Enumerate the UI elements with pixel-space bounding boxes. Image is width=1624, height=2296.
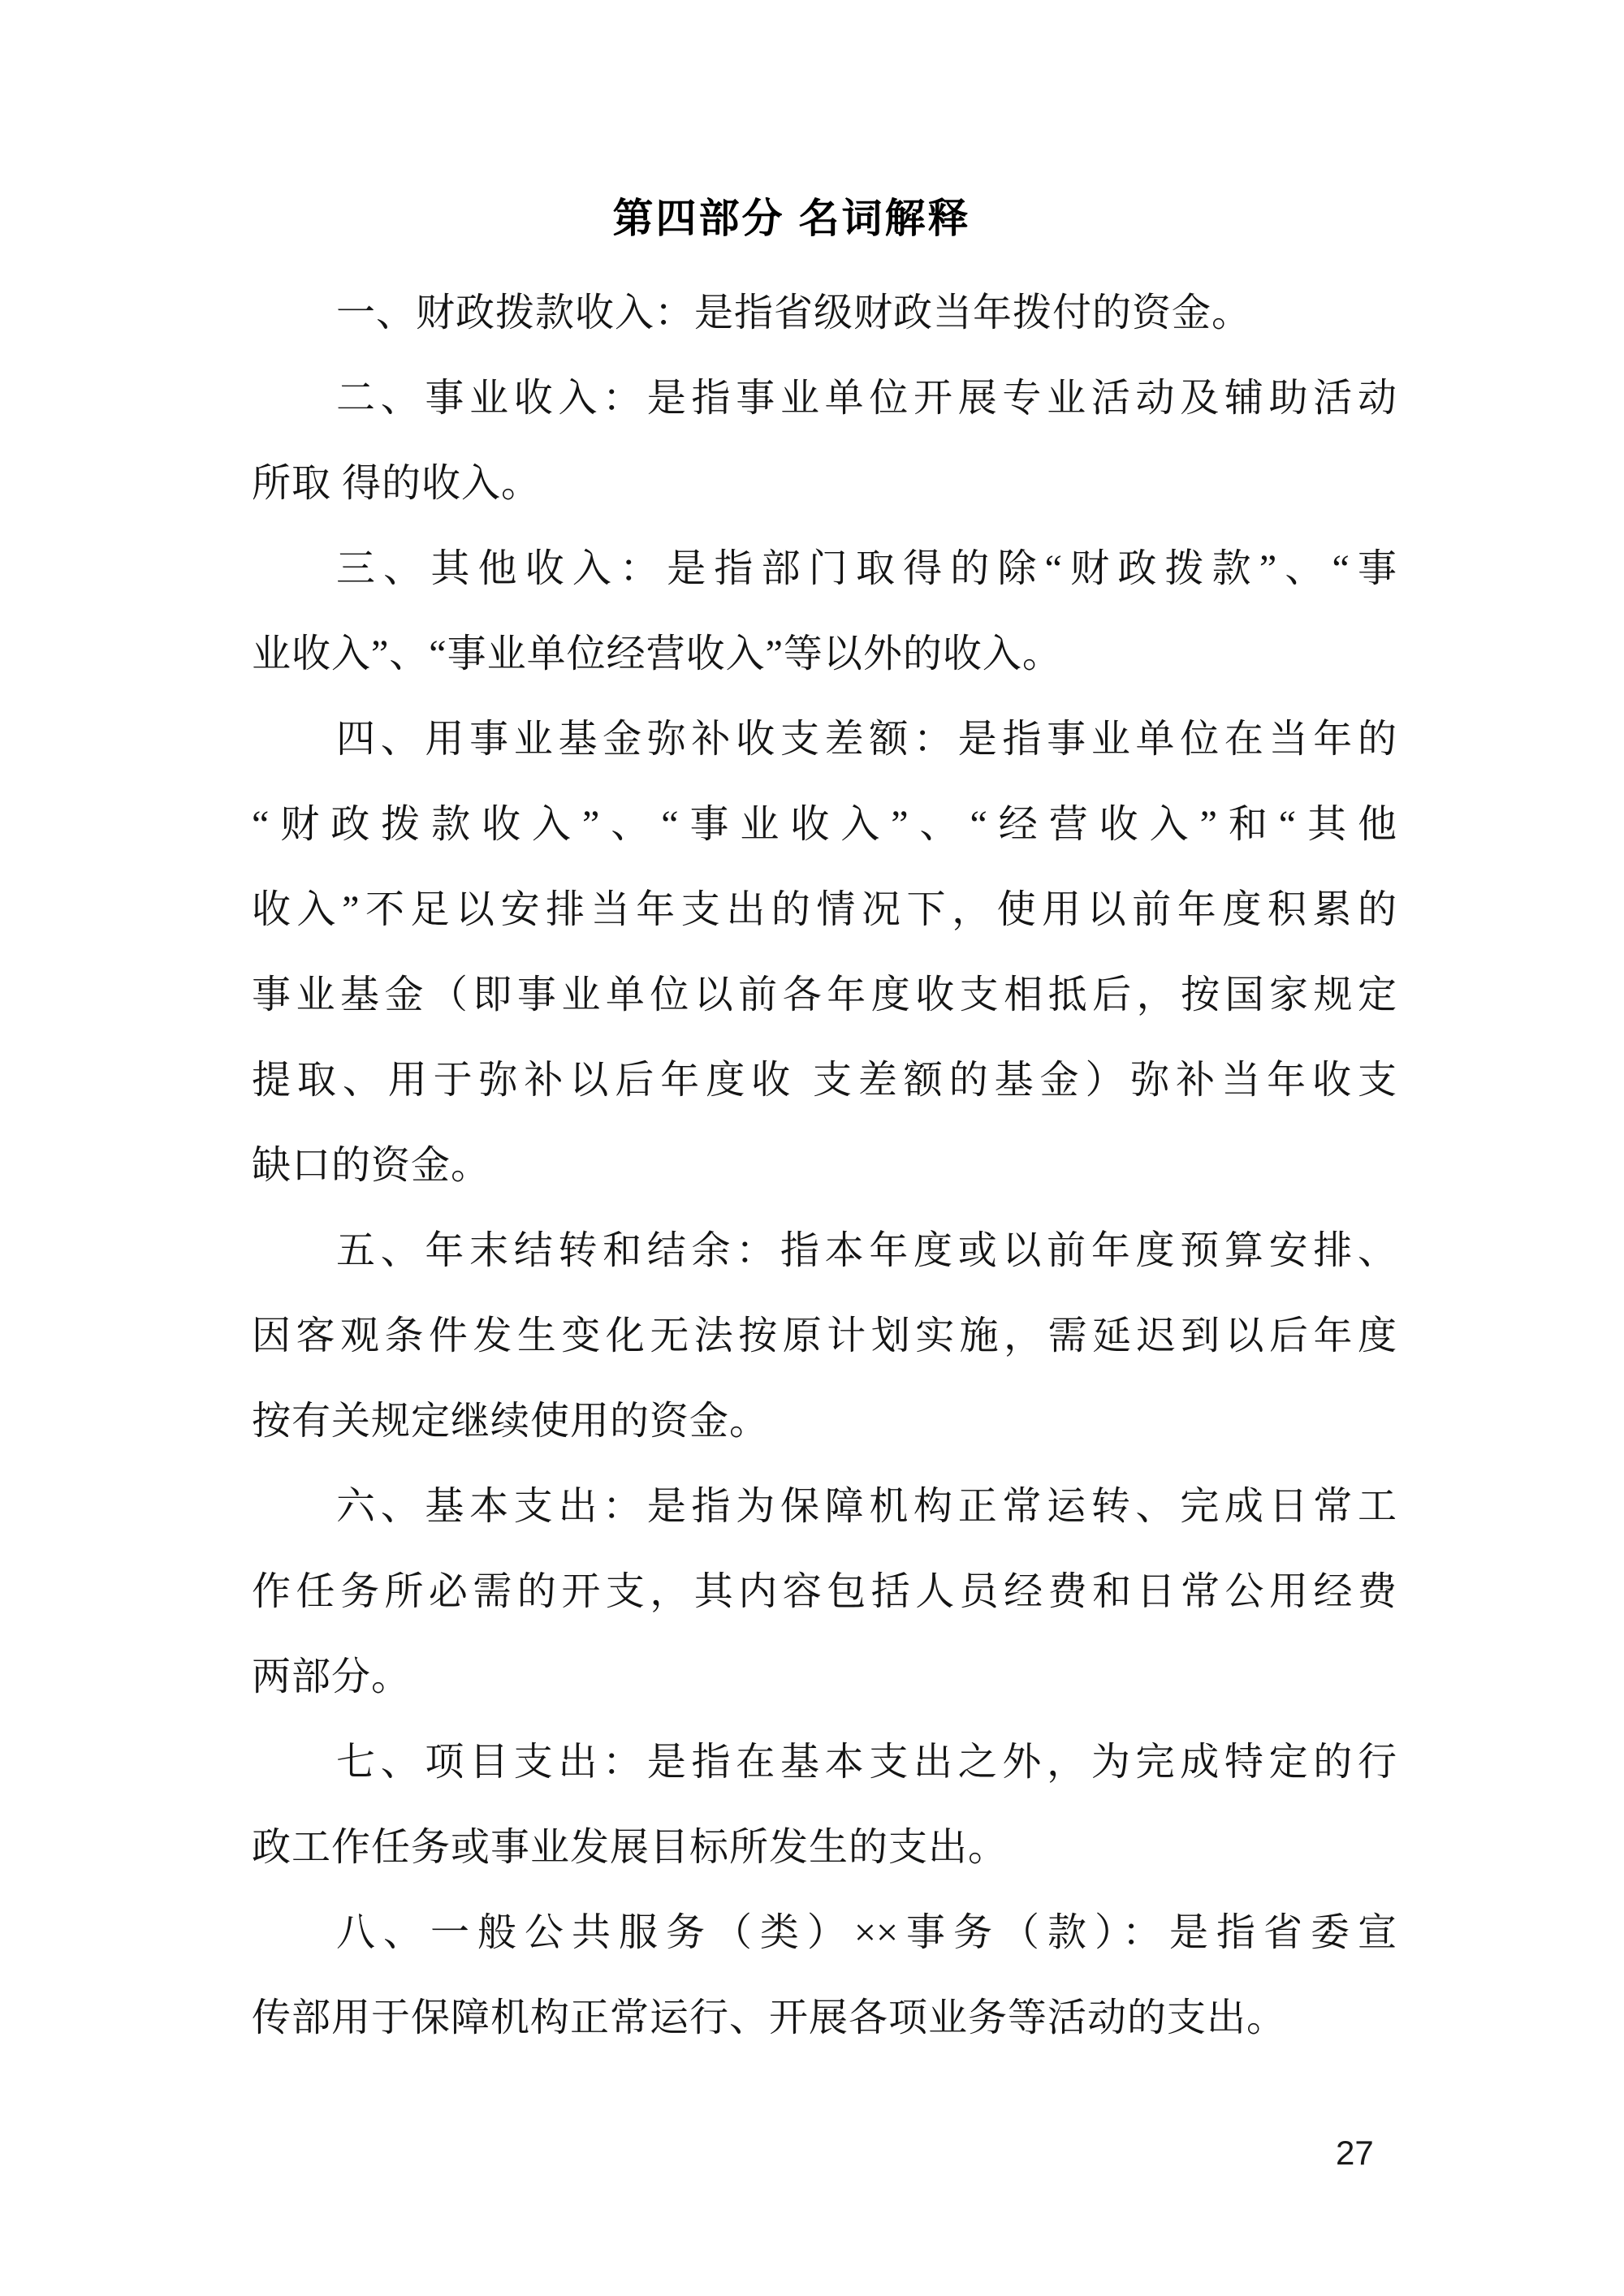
- text-line: “财政拨款收入”、“事业收入”、“经营收入”和“其他: [252, 782, 1397, 867]
- text-line: 政工作任务或事业发展目标所发生的支出。: [252, 1805, 1397, 1890]
- text-line: 收入”不足以安排当年支出的情况下，使用以前年度积累的: [252, 867, 1397, 952]
- page-number: 27: [1336, 2134, 1374, 2173]
- text-line: 业收入”、“事业单位经营收入”等以外的收入。: [252, 611, 1397, 697]
- text-line: 三、其他收入：是指部门取得的除“财政拨款”、“事: [252, 526, 1397, 611]
- text-line: 按有关规定继续使用的资金。: [252, 1379, 1397, 1464]
- text-line: 因客观条件发生变化无法按原计划实施，需延迟到以后年度: [252, 1293, 1397, 1379]
- body-text: 一、财政拨款收入：是指省级财政当年拨付的资金。二、事业收入：是指事业单位开展专业…: [252, 270, 1397, 2061]
- section-title: 第四部分 名词解释: [0, 193, 1583, 244]
- text-line: 一、财政拨款收入：是指省级财政当年拨付的资金。: [252, 270, 1397, 356]
- text-line: 二、事业收入：是指事业单位开展专业活动及辅助活动: [252, 356, 1397, 441]
- text-line: 四、用事业基金弥补收支差额：是指事业单位在当年的: [252, 697, 1397, 782]
- text-line: 所取 得的收入。: [252, 441, 1397, 526]
- text-line: 五、年末结转和结余：指本年度或以前年度预算安排、: [252, 1208, 1397, 1293]
- text-line: 缺口的资金。: [252, 1123, 1397, 1208]
- text-line: 七、项目支出：是指在基本支出之外，为完成特定的行: [252, 1720, 1397, 1805]
- text-line: 作任务所必需的开支，其内容包括人员经费和日常公用经费: [252, 1549, 1397, 1634]
- text-line: 提取、用于弥补以后年度收 支差额的基金）弥补当年收支: [252, 1038, 1397, 1123]
- text-line: 事业基金（即事业单位以前各年度收支相抵后，按国家规定: [252, 952, 1397, 1038]
- text-line: 六、基本支出：是指为保障机构正常运转、完成日常工: [252, 1464, 1397, 1549]
- text-line: 传部用于保障机构正常运行、开展各项业务等活动的支出。: [252, 1975, 1397, 2061]
- document-page: 第四部分 名词解释 一、财政拨款收入：是指省级财政当年拨付的资金。二、事业收入：…: [0, 0, 1624, 2296]
- text-line: 两部分。: [252, 1634, 1397, 1720]
- text-line: 八、一般公共服务（类）××事务（款）：是指省委宣: [252, 1890, 1397, 1975]
